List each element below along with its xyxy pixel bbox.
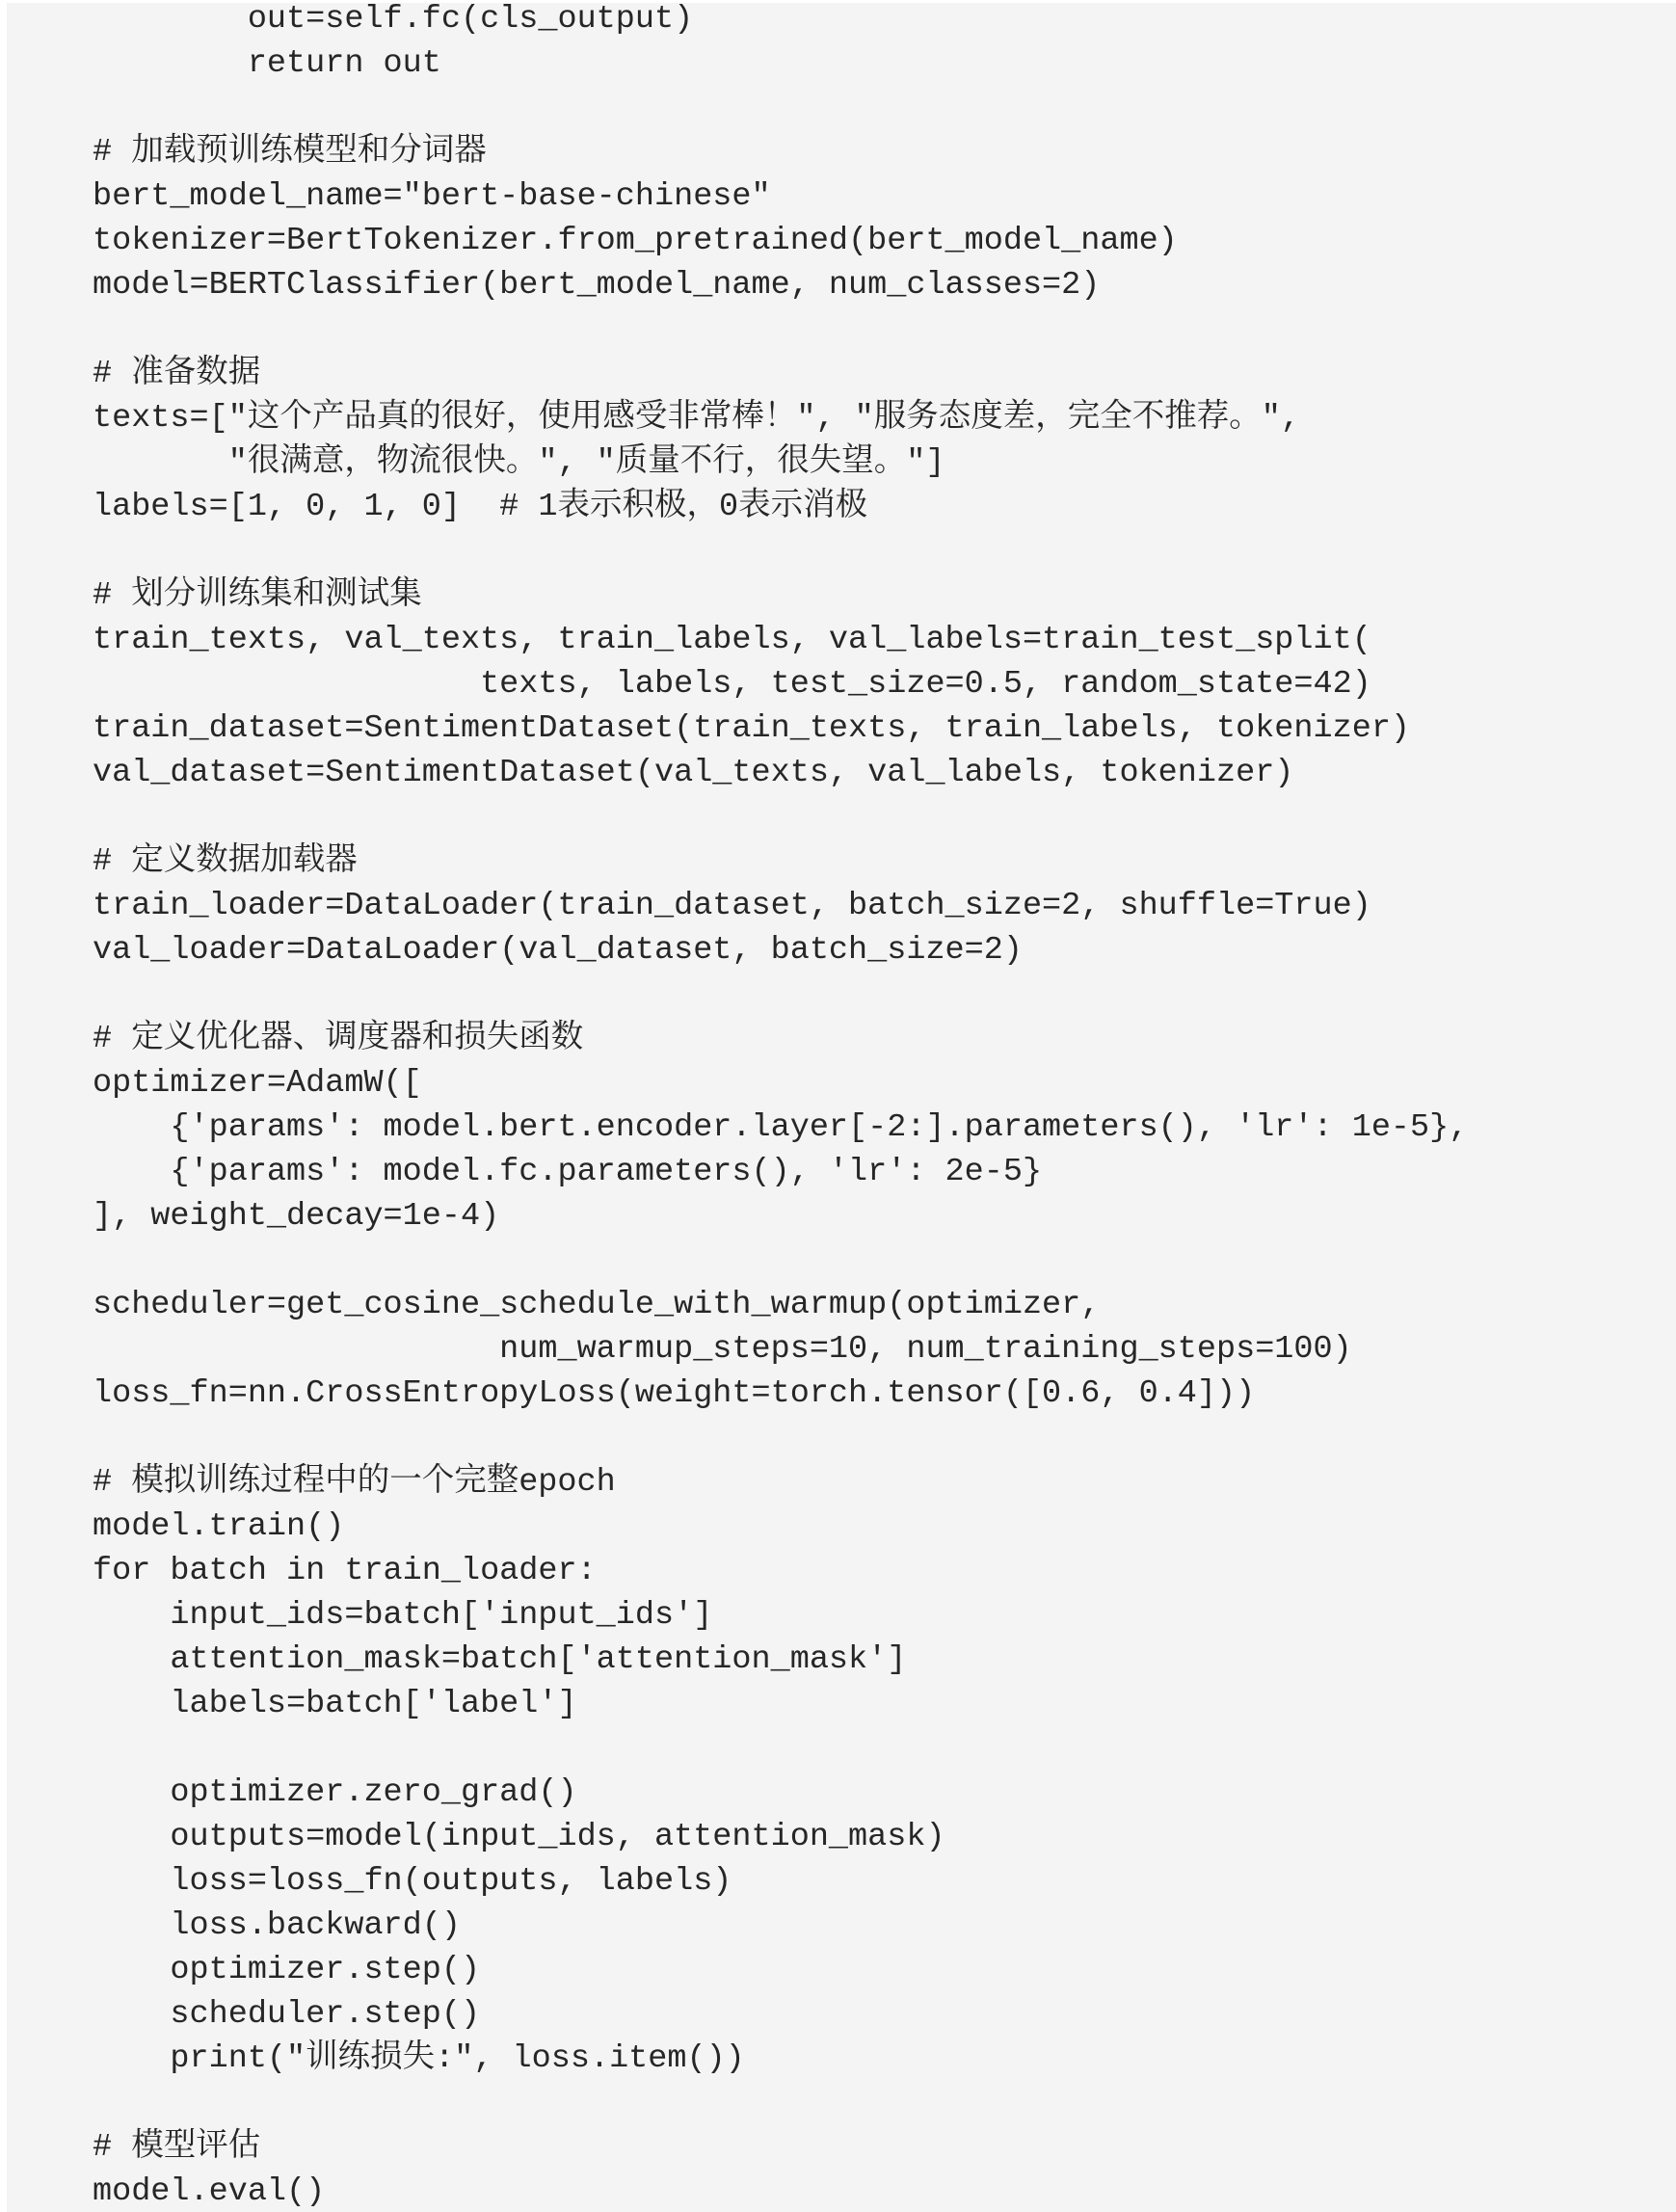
page-edge-left: [0, 0, 7, 2212]
page-edge-top: [0, 0, 1676, 3]
code-listing: out=self.fc(cls_output) return out # 加载预…: [0, 0, 1676, 2212]
